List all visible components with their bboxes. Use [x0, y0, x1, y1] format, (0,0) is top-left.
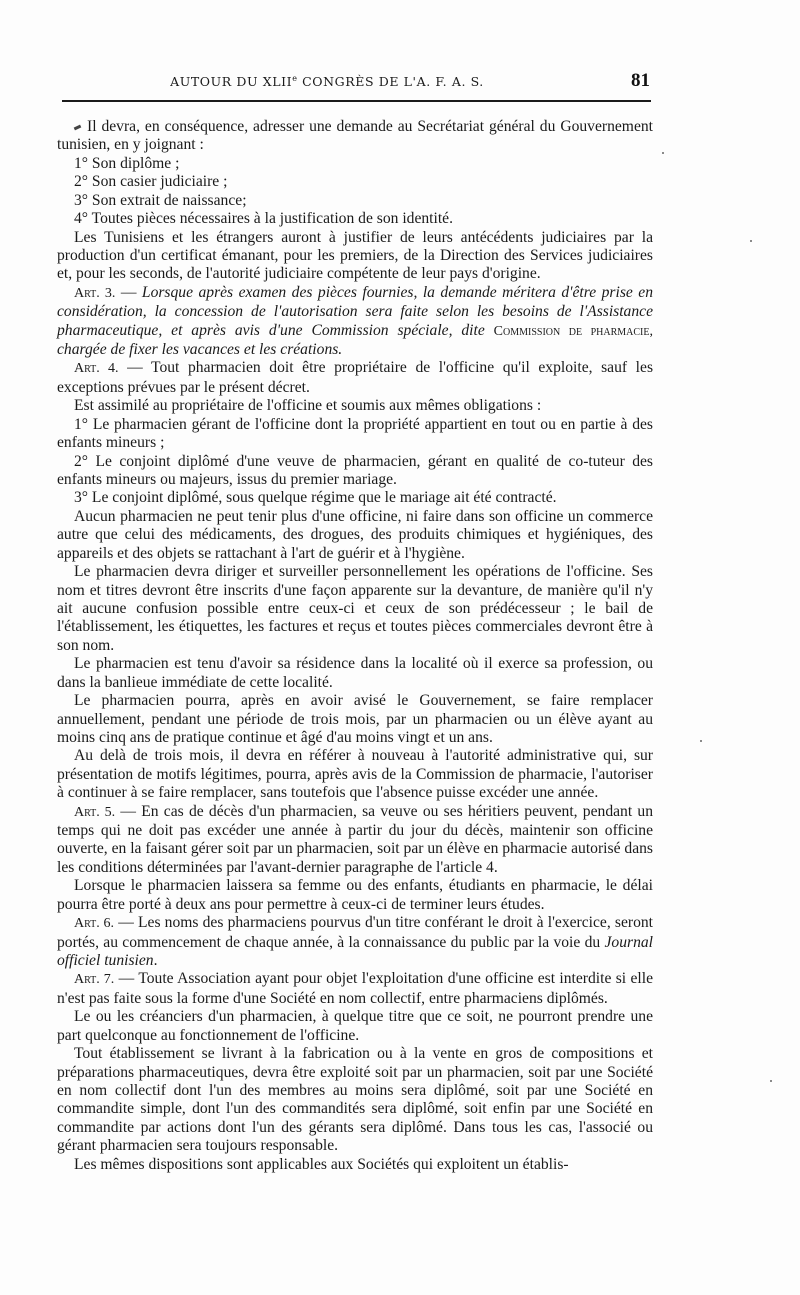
margin-mark-icon: [74, 125, 82, 131]
running-title: AUTOUR DU XLIIe CONGRÈS DE L'A. F. A. S.: [62, 74, 592, 89]
article-3: Art. 3. — Lorsque après examen des pièce…: [57, 284, 653, 360]
article-dash: —: [115, 284, 142, 301]
scan-speck: [662, 152, 664, 154]
article-text-italic: chargée de fixer les vacances et les cré…: [57, 341, 342, 358]
commission-name: Commission de pharmacie,: [494, 324, 653, 339]
article-dash: —: [114, 914, 138, 931]
list-item: 2° Le conjoint diplômé d'une veuve de ph…: [57, 453, 653, 490]
paragraph: Est assimilé au propriétaire de l'offici…: [57, 397, 653, 415]
article-label: Art. 6.: [74, 916, 114, 931]
scan-speck: [700, 740, 702, 742]
scan-speck: [770, 1080, 772, 1082]
paragraph: Les Tunisiens et les étrangers auront à …: [57, 229, 653, 284]
article-dash: —: [115, 803, 141, 820]
article-dash: —: [119, 359, 152, 376]
article-text: Toute Association ayant pour objet l'exp…: [57, 970, 653, 1006]
article-dash: —: [114, 970, 138, 987]
paragraph-continues: Les mêmes dispositions sont applicables …: [57, 1156, 653, 1174]
article-label: Art. 7.: [74, 972, 114, 987]
article-label: Art. 5.: [74, 805, 115, 820]
article-6: Art. 6. — Les noms des pharmaciens pourv…: [57, 914, 653, 970]
header-rule: [62, 100, 651, 102]
list-item: 1° Le pharmacien gérant de l'officine do…: [57, 416, 653, 453]
article-5: Art. 5. — En cas de décès d'un pharmacie…: [57, 803, 653, 878]
article-label: Art. 4.: [74, 361, 119, 376]
scan-speck: [750, 240, 752, 242]
running-title-rest: CONGRÈS DE L'A. F. A. S.: [298, 74, 484, 89]
article-text-end: .: [154, 952, 158, 969]
paragraph: Le pharmacien pourra, après en avoir avi…: [57, 692, 653, 747]
list-item: 2° Son casier judiciaire ;: [57, 173, 653, 191]
paragraph-intro: Il devra, en conséquence, adresser une d…: [57, 118, 653, 155]
scanned-page: AUTOUR DU XLIIe CONGRÈS DE L'A. F. A. S.…: [0, 0, 800, 1295]
article-text: En cas de décès d'un pharmacien, sa veuv…: [57, 803, 653, 876]
list-item: 3° Le conjoint diplômé, sous quelque rég…: [57, 489, 653, 507]
running-header: AUTOUR DU XLIIe CONGRÈS DE L'A. F. A. S.…: [62, 70, 652, 94]
article-text: Les noms des pharmaciens pourvus d'un ti…: [57, 914, 653, 950]
paragraph: Tout établissement se livrant à la fabri…: [57, 1045, 653, 1156]
article-label: Art. 3.: [74, 286, 115, 301]
running-title-main: AUTOUR DU XLII: [170, 74, 292, 89]
article-4: Art. 4. — Tout pharmacien doit être prop…: [57, 359, 653, 397]
page-number: 81: [631, 70, 650, 92]
paragraph-text: Il devra, en conséquence, adresser une d…: [57, 118, 653, 153]
paragraph: Au delà de trois mois, il devra en référ…: [57, 747, 653, 802]
paragraph: Le pharmacien est tenu d'avoir sa réside…: [57, 655, 653, 692]
paragraph: Le pharmacien devra diriger et surveille…: [57, 563, 653, 655]
body-text: Il devra, en conséquence, adresser une d…: [57, 118, 653, 1174]
paragraph: Lorsque le pharmacien laissera sa femme …: [57, 877, 653, 914]
paragraph: Le ou les créanciers d'un pharmacien, à …: [57, 1008, 653, 1045]
paragraph: Aucun pharmacien ne peut tenir plus d'un…: [57, 508, 653, 563]
list-item: 4° Toutes pièces nécessaires à la justif…: [57, 210, 653, 228]
list-item: 3° Son extrait de naissance;: [57, 192, 653, 210]
article-7: Art. 7. — Toute Association ayant pour o…: [57, 970, 653, 1008]
list-item: 1° Son diplôme ;: [57, 155, 653, 173]
